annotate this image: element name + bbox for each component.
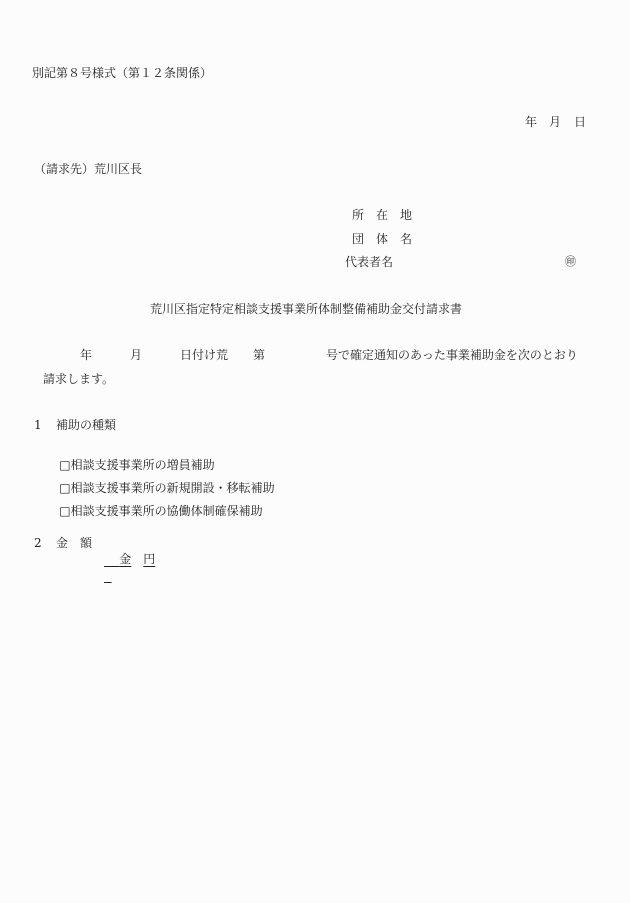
body-dated: 日付け荒 <box>180 347 228 363</box>
date-month: 月 <box>549 114 561 130</box>
checkbox-icon[interactable]: □ <box>59 504 70 518</box>
body-month: 月 <box>130 347 142 363</box>
representative-label: 代表者名 <box>345 254 393 270</box>
form-header: 別記第８号様式（第１２条関係） <box>32 65 212 81</box>
addressee: （請求先）荒川区長 <box>34 161 142 177</box>
body-year: 年 <box>80 347 92 363</box>
org-name-label: 団 体 名 <box>352 231 412 247</box>
amount-field[interactable]: 金円 <box>104 535 142 583</box>
section2-heading: 金 額 <box>56 535 92 551</box>
seal-icon: ㊞ <box>565 254 576 270</box>
section1-number: 1 <box>34 417 42 433</box>
section2-number: 2 <box>34 535 42 551</box>
amount-suffix: 円 <box>143 552 155 566</box>
date-year: 年 <box>525 114 537 130</box>
date-day: 日 <box>574 114 586 130</box>
option-label: 相談支援事業所の協働体制確保補助 <box>71 504 263 518</box>
body-number-prefix: 第 <box>253 347 265 363</box>
body-text-line2: 請求します。 <box>43 371 114 387</box>
section1-heading: 補助の種類 <box>56 417 116 433</box>
document-title: 荒川区指定特定相談支援事業所体制整備補助金交付請求書 <box>150 301 462 317</box>
address-label: 所 在 地 <box>352 207 412 223</box>
body-text: 号で確定通知のあった事業補助金を次のとおり <box>326 347 578 363</box>
option-collaboration[interactable]: □相談支援事業所の協働体制確保補助 <box>44 487 263 535</box>
amount-prefix: 金 <box>119 552 131 566</box>
